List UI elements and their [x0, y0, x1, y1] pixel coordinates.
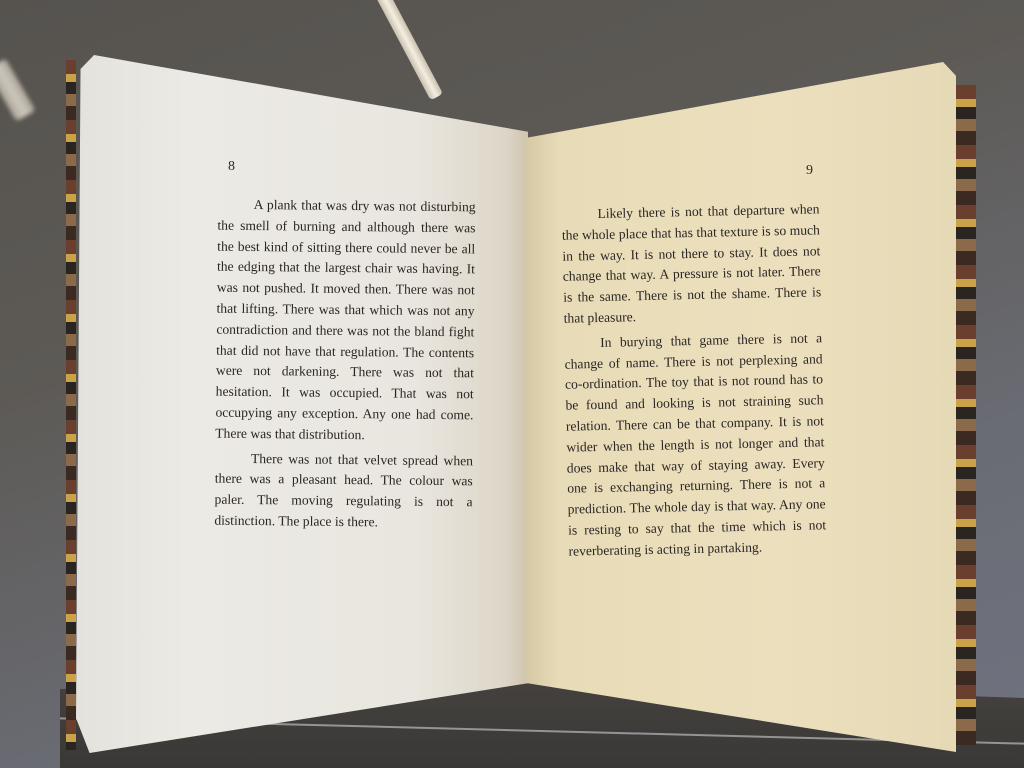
left-page: 8 A plank that was dry was not disturbin…: [76, 55, 528, 753]
marbled-cover-left: [66, 60, 76, 750]
stand-rod-blur: [0, 59, 36, 122]
stand-rod: [372, 0, 443, 100]
right-page: 9 Likely there is not that departure whe…: [526, 62, 956, 752]
paragraph: In burying that game there is not a chan…: [564, 328, 827, 562]
paragraph: Likely there is not that departure when …: [561, 199, 822, 329]
left-page-text: A plank that was dry was not disturbing …: [214, 195, 476, 534]
right-page-text: Likely there is not that departure when …: [561, 199, 826, 562]
page-number-right: 9: [806, 163, 813, 179]
paragraph: There was not that velvet spread when th…: [214, 448, 473, 534]
page-number-left: 8: [228, 159, 235, 175]
paragraph: A plank that was dry was not disturbing …: [215, 195, 476, 447]
